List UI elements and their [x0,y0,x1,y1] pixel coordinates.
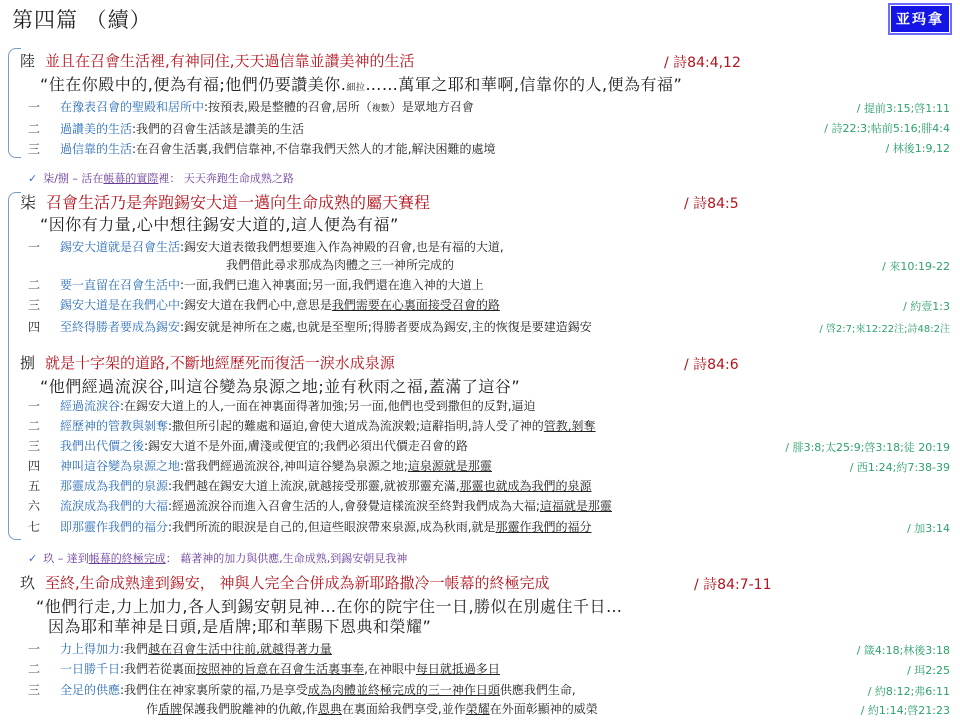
list-item: 五那靈成為我們的泉源:我們越在錫安大道上流淚,就越接受那靈,就被那靈充滿,那靈也… [28,477,592,494]
item-text: :一面,我們已進入神裏面;另一面,我們還在進入神的大道上 [180,278,484,292]
item-underlined: 每日就抵過多日 [416,662,500,676]
item-underlined: 越在召會生活中往前,就越得著力量 [148,642,332,656]
item-key: 要一直留在召會生活中 [60,278,180,292]
item-key: 神叫這谷變為泉源之地 [60,459,180,473]
item-ordinal: 一 [28,238,60,255]
item-ordinal: 五 [28,477,60,494]
section-note: ✓柒/捌 – 活在帳幕的實際裡： 天天奔跑生命成熟之路 [28,170,294,186]
section-note: ✓玖 – 達到帳幕的終極完成： 藉著神的加力與供應,生命成熟,到錫安朝見我神 [28,550,407,566]
item-key: 那靈成為我們的泉源 [60,479,168,493]
note-underlined: 帳幕的終極完成 [89,552,166,565]
section-7-quote: “因你有力量,心中想往錫安大道的,這人便為有福” [40,212,399,235]
item-text: 供應我們生命, [500,683,576,697]
note-text: 裡： 天天奔跑生命成熟之路 [158,172,294,185]
item-ordinal: 六 [28,497,60,514]
scripture-ref: / 腓3:8;太25:9;啓3:18;徒 20:19 [785,439,950,455]
check-icon: ✓ [28,552,37,565]
item-text: :錫安大道表徵我們想要進入作為神殿的召會,也是有福的大道, [180,240,504,254]
list-item: 三全足的供應:我們住在神家裏所蒙的福,乃是享受成為肉體並終極完成的三一神作日頭供… [28,681,576,698]
heading-text: 就是十字架的道路,不斷地經歷死而復活一淚水成泉源 [45,354,395,372]
item-ordinal: 四 [28,457,60,474]
note-text: ： 藉著神的加力與供應,生命成熟,到錫安朝見我神 [166,552,408,565]
item-ordinal: 二 [28,660,60,677]
item-key: 過讚美的生活 [60,122,132,136]
list-item: 三錫安大道是在我們心中:錫安大道在我們心中,意思是我們需要在心裏面接受召會的路 [28,296,500,313]
item-ordinal: 一 [28,640,60,657]
list-item: 一在豫表召會的聖殿和居所中:按預表,殿是整體的召會,居所（複數）是眾地方召會 [28,98,474,115]
item-text: :撒但所引起的難處和逼迫,會使大道成為流淚穀;這辭指明,詩人受了神的 [168,419,544,433]
item-underlined: 恩典 [318,702,342,716]
item-text: :當我們經過流淚谷,神叫這谷變為泉源之地; [180,459,408,473]
item-key: 力上得加力 [60,642,120,656]
item-ordinal: 七 [28,518,60,535]
scripture-ref: / 來10:19-22 [882,258,950,274]
item-key: 錫安大道是在我們心中 [60,298,180,312]
section-6-heading: 陸並且在召會生活裡,有神同住,天天過信靠並讚美神的生活 [20,50,415,71]
item-ordinal: 二 [28,120,60,137]
scripture-ref: / 啓2:7;來12:22注;詩48:2注 [819,320,950,335]
scripture-ref: / 約1:14;啓21:23 [861,702,950,718]
item-ordinal: 二 [28,276,60,293]
item-ordinal: 二 [28,417,60,434]
scripture-ref: / 林後1:9,12 [886,140,950,156]
section-8-ref: / 詩84:6 [684,354,739,374]
item-text: ,在神眼中 [364,662,416,676]
item-text: :我們住在神家裏所蒙的福,乃是享受 [120,683,308,697]
item-key: 一日勝千日 [60,662,120,676]
section-number: 玖 [20,574,35,592]
item-small: 複數 [372,104,390,114]
item-key: 流淚成為我們的大福 [60,499,168,513]
item-underlined: 那靈作我們的福分 [496,520,592,534]
scripture-ref: / 詩22:3;帖前5:16;腓4:4 [824,120,950,136]
note-underlined: 帳幕的實際 [103,172,158,185]
item-underlined: 榮耀 [466,702,490,716]
note-text: 玖 – 達到 [43,552,89,565]
section-6-ref: / 詩84:4,12 [664,52,741,72]
item-text: :錫安大道不是外面,膚淺或便宜的;我們必須出代價走召會的路 [144,439,468,453]
scripture-ref: / 提前3:15;啓1:11 [857,100,950,116]
quote-part: “住在你殿中的,便為有福;他們仍要讚美你. [40,75,346,94]
item-key: 經歷神的管教與剝奪 [60,419,168,433]
section-7-heading: 柒召會生活乃是奔跑錫安大道一邁向生命成熟的屬天賽程 [20,190,430,213]
list-item: 一經過流淚谷:在錫安大道上的人,一面在神裏面得著加強;另一面,他們也受到撒但的反… [28,397,536,414]
item-text: :經過流淚谷而進入召會生活的人,會發覺這樣流淚至終對我們成為大福; [168,499,540,513]
list-item: 二過讚美的生活:我們的召會生活該是讚美的生活 [28,120,304,137]
item-text: 在外面彰顯神的威榮 [490,702,598,716]
quote-part: ……萬軍之耶和華啊,信靠你的人,便為有福” [365,75,682,94]
item-key: 經過流淚谷 [60,399,120,413]
quote-small: 細拉 [346,83,365,93]
page-title: 第四篇 （續） [12,4,152,34]
list-item-continuation: 作盾牌保護我們脫離神的仇敵,作恩典在裏面給我們享受,並作榮耀在外面彰顯神的威榮 [146,700,598,717]
item-text: :我們若從裏面 [120,662,196,676]
item-underlined: 那靈也就成為我們的泉源 [460,479,592,493]
item-key: 至終得勝者要成為錫安 [60,320,180,334]
scripture-ref: / 珥2:25 [907,662,950,678]
section-9-heading: 玖至終,生命成熟達到錫安， 神與人完全合併成為新耶路撒冷一帳幕的終極完成 [20,572,550,593]
list-item: 二一日勝千日:我們若從裏面按照神的旨意在召會生活裏事奉,在神眼中每日就抵過多日 [28,660,500,677]
check-icon: ✓ [28,172,37,185]
item-key: 過信靠的生活 [60,142,132,156]
section-9-quote-line2: 因為耶和華神是日頭,是盾牌;耶和華賜下恩典和榮耀” [48,614,431,637]
item-ordinal: 一 [28,98,60,115]
scripture-ref: / 約8:12;弗6:11 [868,683,950,699]
heading-text: 召會生活乃是奔跑錫安大道一邁向生命成熟的屬天賽程 [46,193,430,212]
item-text: :我們的召會生活該是讚美的生活 [132,122,304,136]
item-underlined: 成為肉體並終極完成的三一神作日頭 [308,683,500,697]
item-text: 在裏面給我們享受,並作 [342,702,466,716]
section-9-ref: / 詩84:7-11 [694,574,771,594]
item-text: :我們 [120,642,148,656]
list-item: 四至終得勝者要成為錫安:錫安就是神所在之處,也就是至聖所;得勝者要成為錫安,主的… [28,318,592,335]
item-key: 錫安大道就是召會生活 [60,240,180,254]
item-key: 全足的供應 [60,683,120,697]
section-8-quote: “他們經過流淚谷,叫這谷變為泉源之地;並有秋雨之福,蓋滿了這谷” [40,374,520,397]
section-number: 陸 [20,52,35,70]
item-key: 我們出代價之後 [60,439,144,453]
list-item: 一錫安大道就是召會生活:錫安大道表徵我們想要進入作為神殿的召會,也是有福的大道, [28,238,504,255]
section-8-heading: 捌就是十字架的道路,不斷地經歷死而復活一淚水成泉源 [20,352,395,373]
scripture-ref: / 西1:24;約7:38-39 [850,459,950,475]
scripture-ref: / 箴4:18;林後3:18 [857,642,950,658]
scripture-ref: / 約壹1:3 [903,298,950,314]
item-text: :我們越在錫安大道上流淚,就越接受那靈,就被那靈充滿, [168,479,460,493]
item-text: :錫安大道在我們心中,意思是 [180,298,332,312]
item-ordinal: 一 [28,397,60,414]
section-number: 柒 [20,193,36,212]
list-item: 一力上得加力:我們越在召會生活中往前,就越得著力量 [28,640,332,657]
logo-badge: 亚玛拿 [888,3,952,35]
item-text: :錫安就是神所在之處,也就是至聖所;得勝者要成為錫安,主的恢復是要建造錫安 [180,320,592,334]
item-key: 即那靈作我們的福分 [60,520,168,534]
item-underlined: 按照神的旨意在召會生活裏事奉 [196,662,364,676]
item-underlined: 我們需要在心裏面接受召會的路 [332,298,500,312]
item-text: :按預表,殿是整體的召會,居所（ [204,100,372,114]
heading-text: 並且在召會生活裡,有神同住,天天過信靠並讚美神的生活 [45,52,415,70]
heading-text: 至終,生命成熟達到錫安， 神與人完全合併成為新耶路撒冷一帳幕的終極完成 [45,574,550,592]
list-item: 四神叫這谷變為泉源之地:當我們經過流淚谷,神叫這谷變為泉源之地;這泉源就是那靈 [28,457,492,474]
item-text: 作 [146,702,158,716]
scripture-ref: / 加3:14 [907,520,950,536]
item-key: 在豫表召會的聖殿和居所中 [60,100,204,114]
section-7-ref: / 詩84:5 [684,193,739,213]
item-underlined: 管教,剝奪 [544,419,596,433]
item-underlined: 這福就是那靈 [540,499,612,513]
item-underlined: 這泉源就是那靈 [408,459,492,473]
list-item: 二要一直留在召會生活中:一面,我們已進入神裏面;另一面,我們還在進入神的大道上 [28,276,484,293]
list-item: 六流淚成為我們的大福:經過流淚谷而進入召會生活的人,會發覺這樣流淚至終對我們成為… [28,497,612,514]
item-ordinal: 四 [28,318,60,335]
item-text: :我們所流的眼淚是自己的,但這些眼淚帶來泉源,成為秋雨,就是 [168,520,496,534]
item-text: :在錫安大道上的人,一面在神裏面得著加強;另一面,他們也受到撒但的反對,逼迫 [120,399,536,413]
item-ordinal: 三 [28,681,60,698]
list-item: 三過信靠的生活:在召會生活裏,我們信靠神,不信靠我們天然人的才能,解決困難的處境 [28,140,496,157]
list-item-continuation: 我們借此尋求那成為肉體之三一神所完成的 [226,256,454,273]
list-item: 三我們出代價之後:錫安大道不是外面,膚淺或便宜的;我們必須出代價走召會的路 [28,437,468,454]
list-item: 七即那靈作我們的福分:我們所流的眼淚是自己的,但這些眼淚帶來泉源,成為秋雨,就是… [28,518,592,535]
list-item: 二經歷神的管教與剝奪:撒但所引起的難處和逼迫,會使大道成為流淚穀;這辭指明,詩人… [28,417,596,434]
note-text: 柒/捌 – 活在 [43,172,103,185]
item-ordinal: 三 [28,437,60,454]
item-underlined: 盾牌 [158,702,182,716]
item-text: 保護我們脫離神的仇敵,作 [182,702,318,716]
section-number: 捌 [20,354,35,372]
item-ordinal: 三 [28,140,60,157]
item-text: :在召會生活裏,我們信靠神,不信靠我們天然人的才能,解決困難的處境 [132,142,496,156]
item-text: ）是眾地方召會 [390,100,474,114]
section-6-quote: “住在你殿中的,便為有福;他們仍要讚美你.細拉……萬軍之耶和華啊,信靠你的人,便… [40,72,682,95]
item-ordinal: 三 [28,296,60,313]
